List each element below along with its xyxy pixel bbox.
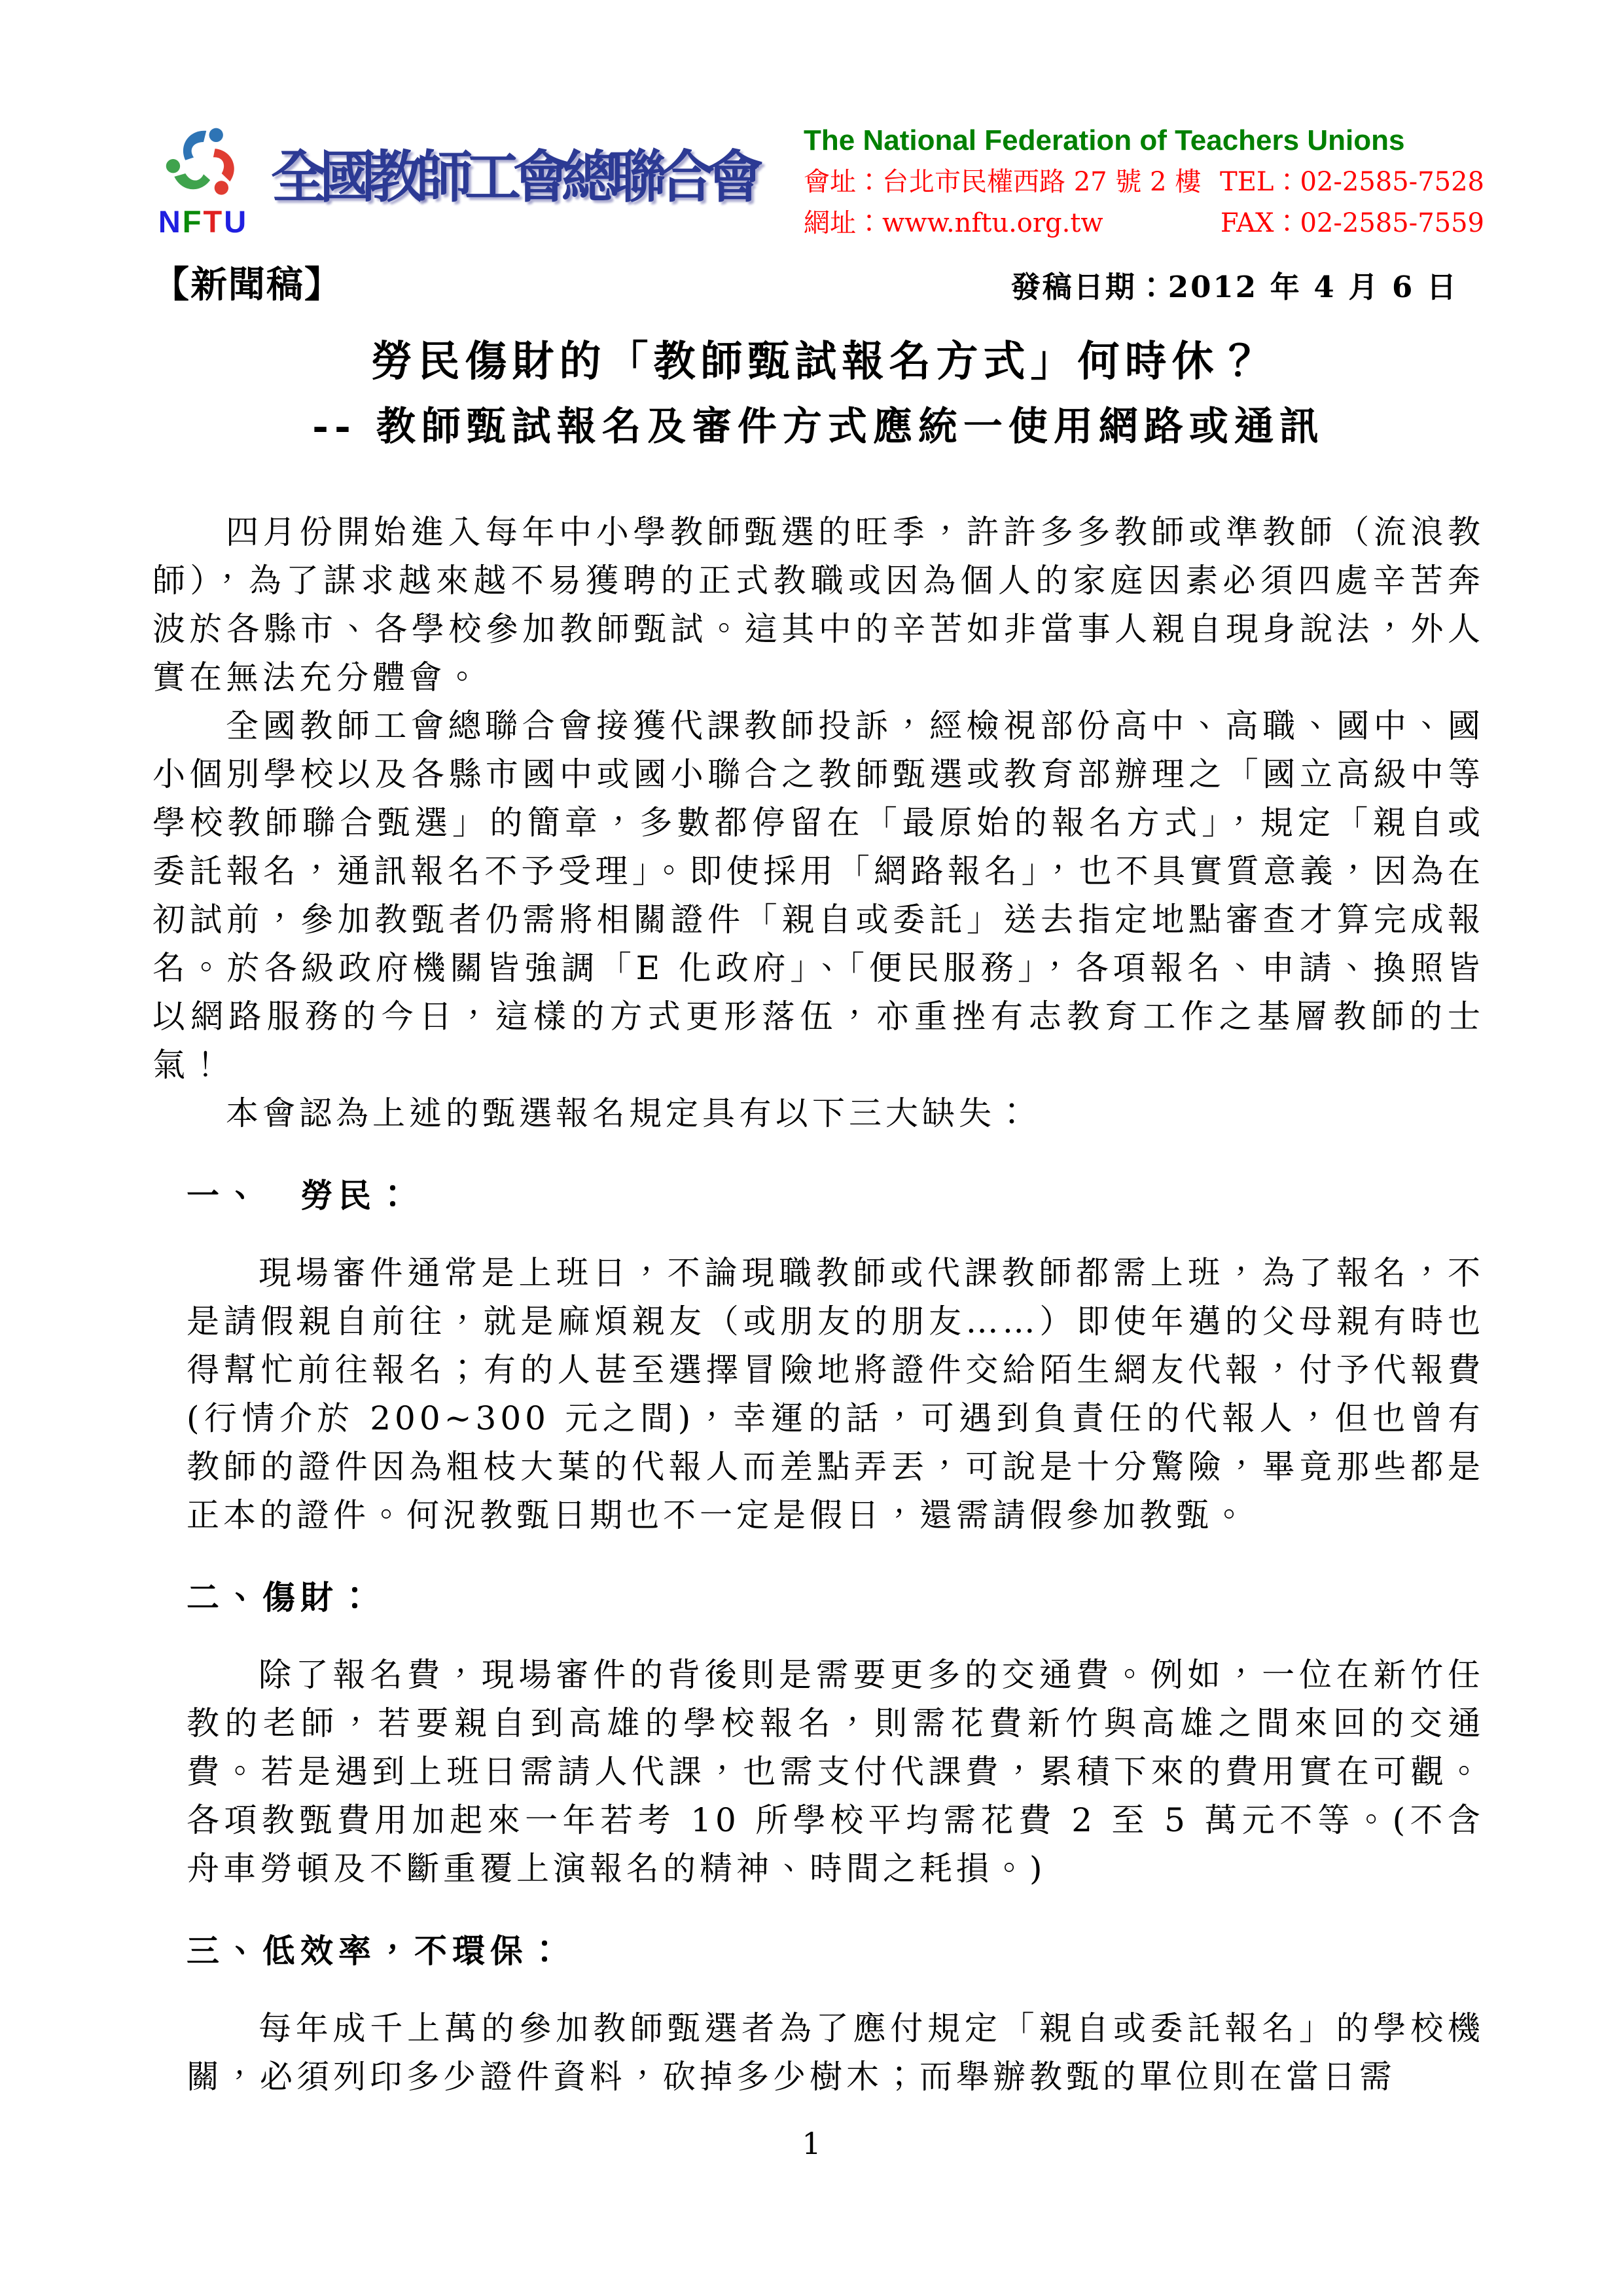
letterhead: NFTU 全國教師工會總聯合會 The National Federation … xyxy=(152,121,1484,239)
page-number: 1 xyxy=(0,2126,1623,2161)
section-1-paragraph: 現場審件通常是上班日，不論現職教師或代課教師都需上班，為了報名，不是請假親自前往… xyxy=(187,1249,1484,1539)
organization-name-chinese: 全國教師工會總聯合會 xyxy=(271,132,755,213)
section-2-heading: 二、傷財： xyxy=(187,1573,1484,1622)
section-1-heading: 一、 勞民： xyxy=(187,1172,1484,1220)
section-1: 一、 勞民： 現場審件通常是上班日，不論現職教師或代課教師都需上班，為了報名，不… xyxy=(187,1172,1484,1539)
address-line: 會址：台北市民權西路 27 號 2 樓 xyxy=(804,166,1201,198)
paragraph-2: 全國教師工會總聯合會接獲代課教師投訴，經檢視部份高中、高職、國中、國小個別學校以… xyxy=(152,702,1484,1089)
paragraph-1: 四月份開始進入每年中小學教師甄選的旺季，許許多多教師或準教師（流浪教師），為了謀… xyxy=(152,508,1484,702)
subtitle: -- 教師甄試報名及審件方式應統一使用網路或通訊 xyxy=(152,403,1484,452)
meta-row: 【新聞稿】 發稿日期：2012 年 4 月 6 日 xyxy=(152,256,1484,308)
section-3-heading: 三、低效率，不環保： xyxy=(187,1927,1484,1975)
nftu-acronym: NFTU xyxy=(152,206,254,237)
nftu-letter-t: T xyxy=(204,204,224,239)
section-2-paragraph: 除了報名費，現場審件的背後則是需要更多的交通費。例如，一位在新竹任教的老師，若要… xyxy=(187,1651,1484,1893)
contact-row-2: 網址：www.nftu.org.tw FAX：02-2585-7559 xyxy=(804,207,1484,239)
fax-line: FAX：02-2585-7559 xyxy=(1221,207,1484,239)
tel-line: TEL：02-2585-7528 xyxy=(1220,166,1484,198)
main-title: 勞民傷財的「教師甄試報名方式」何時休？ xyxy=(152,336,1484,388)
press-release-page: NFTU 全國教師工會總聯合會 The National Federation … xyxy=(0,0,1623,2296)
nftu-letter-f: F xyxy=(183,204,204,239)
contact-row-1: 會址：台北市民權西路 27 號 2 樓 TEL：02-2585-7528 xyxy=(804,166,1484,198)
website-line: 網址：www.nftu.org.tw xyxy=(804,207,1103,239)
organization-name-english: The National Federation of Teachers Unio… xyxy=(804,125,1484,156)
document-type-label: 【新聞稿】 xyxy=(152,256,342,308)
nftu-letter-n: N xyxy=(158,204,183,239)
section-2: 二、傷財： 除了報名費，現場審件的背後則是需要更多的交通費。例如，一位在新竹任教… xyxy=(187,1573,1484,1893)
nftu-logo: NFTU xyxy=(152,121,254,237)
contact-block: The National Federation of Teachers Unio… xyxy=(804,121,1484,239)
section-3-paragraph: 每年成千上萬的參加教師甄選者為了應付規定「親自或委託報名」的學校機關，必須列印多… xyxy=(187,2004,1484,2101)
release-date: 發稿日期：2012 年 4 月 6 日 xyxy=(1011,263,1458,306)
body-text: 四月份開始進入每年中小學教師甄選的旺季，許許多多教師或準教師（流浪教師），為了謀… xyxy=(152,508,1484,2101)
paragraph-3: 本會認為上述的甄選報名規定具有以下三大缺失： xyxy=(152,1089,1484,1138)
section-3: 三、低效率，不環保： 每年成千上萬的參加教師甄選者為了應付規定「親自或委託報名」… xyxy=(187,1927,1484,2101)
brand-block: NFTU 全國教師工會總聯合會 xyxy=(152,121,755,237)
nftu-letter-u: U xyxy=(224,204,248,239)
three-figures-logo-icon xyxy=(158,121,249,205)
